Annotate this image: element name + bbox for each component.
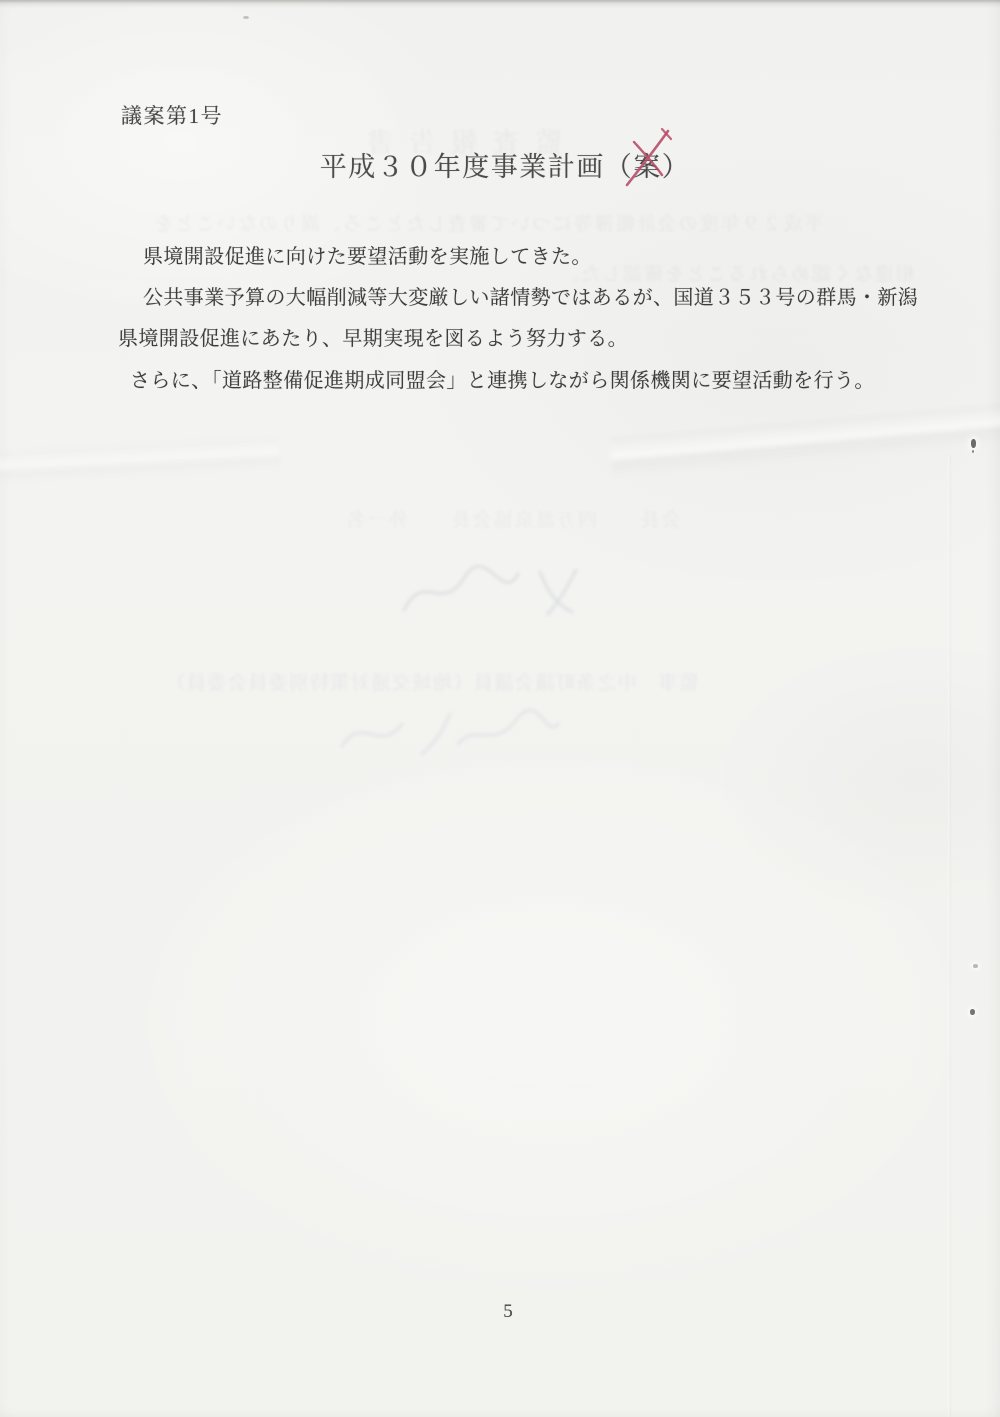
scan-top-edge-shadow	[0, 0, 1000, 8]
body-text-line: 公共事業予算の大幅削減等大変厳しい諸情勢ではあるが、国道３５３号の群馬・新潟	[143, 281, 918, 310]
paper-crease	[0, 437, 281, 485]
struck-character: 案	[633, 152, 662, 182]
document-title: 平成３０年度事業計画（ 案）	[0, 145, 1000, 184]
bleedthrough-line: 監事 中之条町議会議員（地域交通対策特別委員会委員）	[165, 668, 698, 695]
body-text-line: 県境開設促進に向けた要望活動を実施してきた。	[143, 240, 592, 269]
scan-speck	[971, 439, 976, 448]
scan-speck	[973, 964, 978, 968]
document-number: 議案第1号	[121, 100, 223, 130]
body-text-line: 県境開設促進にあたり、早期実現を図るよう努力する。	[118, 322, 628, 351]
bleedthrough-line: 会長 四万温泉協会長 外一名	[345, 505, 681, 532]
title-text-before: 平成３０年度事業計画（	[320, 152, 634, 182]
ghost-handwriting-mark	[330, 700, 570, 765]
page-number: 5	[0, 1301, 1000, 1323]
title-text-after: ）	[662, 152, 691, 182]
body-text-line: さらに、「道路整備促進期成同盟会」と連携しながら関係機関に要望活動を行う。	[130, 364, 875, 393]
scan-speck	[972, 450, 974, 453]
scan-speck	[243, 16, 249, 19]
scan-speck	[970, 1009, 975, 1015]
scanned-document-page: 監査報告書 平成２９年度の会計帳簿等について審査したところ、誤りのないことを 相…	[0, 0, 1000, 1417]
struck-character-wrapper: 案	[633, 145, 662, 184]
bleedthrough-line: 平成２９年度の会計帳簿等について審査したところ、誤りのないことを	[152, 209, 824, 236]
ghost-handwriting-mark	[390, 552, 620, 627]
paper-crease	[948, 455, 951, 1417]
paper-crease	[609, 402, 1000, 478]
